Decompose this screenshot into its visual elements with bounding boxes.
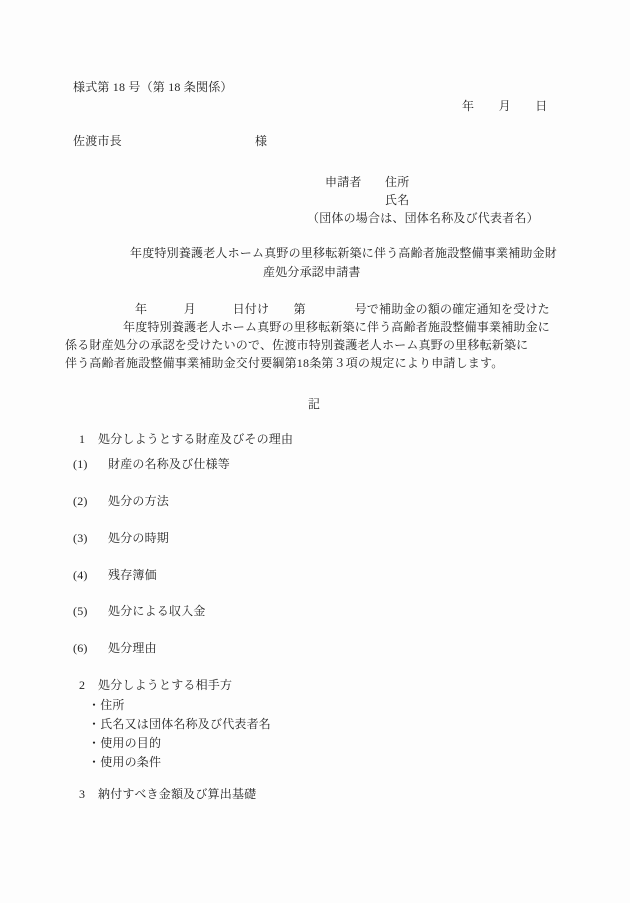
section-3-heading: 3納付すべき金額及び算出基礎 bbox=[79, 787, 256, 801]
applicant-name-label: 氏名 bbox=[385, 193, 409, 207]
section-3-title: 納付すべき金額及び算出基礎 bbox=[98, 787, 256, 801]
item-1-number: (1) bbox=[73, 457, 108, 471]
applicant-label: 申請者 bbox=[325, 175, 385, 189]
addressee-name: 佐渡市長 bbox=[73, 134, 255, 148]
section-1-item-4: (4)残存簿価 bbox=[73, 568, 157, 582]
item-4-number: (4) bbox=[73, 568, 108, 582]
section-2-bullet-3: ・使用の目的 bbox=[88, 736, 161, 750]
section-3-number: 3 bbox=[79, 787, 98, 801]
body-line-3: 係る財産処分の承認を受けたいので、佐渡市特別養護老人ホーム真野の里移転新築に bbox=[65, 338, 528, 352]
item-6-label: 処分理由 bbox=[108, 641, 157, 655]
applicant-line: 申請者住所 bbox=[325, 175, 409, 189]
section-2-number: 2 bbox=[79, 678, 98, 692]
section-1-heading: 1処分しようとする財産及びその理由 bbox=[79, 432, 293, 446]
section-1-item-2: (2)処分の方法 bbox=[73, 494, 169, 508]
document-title-line-2: 産処分承認申請書 bbox=[263, 265, 361, 279]
section-1-item-3: (3)処分の時期 bbox=[73, 531, 169, 545]
applicant-org-note: （団体の場合は、団体名称及び代表者名） bbox=[307, 211, 539, 225]
section-2-title: 処分しようとする相手方 bbox=[98, 678, 232, 692]
document-page: 様式第 18 号（第 18 条関係） 年 月 日 佐渡市長様 申請者住所 氏名 … bbox=[0, 0, 630, 903]
applicant-address-label: 住所 bbox=[385, 175, 409, 189]
section-2-bullet-2: ・氏名又は団体名称及び代表者名 bbox=[88, 717, 271, 731]
item-3-label: 処分の時期 bbox=[108, 531, 169, 545]
item-3-number: (3) bbox=[73, 531, 108, 545]
item-6-number: (6) bbox=[73, 641, 108, 655]
date-line: 年 月 日 bbox=[462, 99, 547, 113]
section-1-item-1: (1)財産の名称及び仕様等 bbox=[73, 457, 230, 471]
item-4-label: 残存簿価 bbox=[108, 568, 157, 582]
body-line-2: 年度特別養護老人ホーム真野の里移転新築に伴う高齢者施設整備事業補助金に bbox=[123, 320, 550, 334]
section-1-item-5: (5)処分による収入金 bbox=[73, 604, 206, 618]
body-line-1: 年 月 日付け 第 号で補助金の額の確定通知を受けた bbox=[135, 302, 550, 316]
section-2-heading: 2処分しようとする相手方 bbox=[79, 678, 232, 692]
item-5-label: 処分による収入金 bbox=[108, 604, 206, 618]
section-2-bullet-1: ・住所 bbox=[88, 698, 125, 712]
addressee-honorific: 様 bbox=[255, 134, 267, 148]
body-line-4: 伴う高齢者施設整備事業補助金交付要綱第18条第３項の規定により申請します。 bbox=[65, 356, 503, 370]
item-2-label: 処分の方法 bbox=[108, 494, 169, 508]
addressee-line: 佐渡市長様 bbox=[73, 134, 267, 148]
record-marker: 記 bbox=[308, 397, 320, 411]
item-1-label: 財産の名称及び仕様等 bbox=[108, 457, 230, 471]
item-2-number: (2) bbox=[73, 494, 108, 508]
document-title-line-1: 年度特別養護老人ホーム真野の里移転新築に伴う高齢者施設整備事業補助金財 bbox=[130, 246, 557, 260]
section-1-number: 1 bbox=[79, 432, 98, 446]
section-1-title: 処分しようとする財産及びその理由 bbox=[98, 432, 293, 446]
section-1-item-6: (6)処分理由 bbox=[73, 641, 157, 655]
item-5-number: (5) bbox=[73, 604, 108, 618]
form-number: 様式第 18 号（第 18 条関係） bbox=[73, 80, 233, 94]
section-2-bullet-4: ・使用の条件 bbox=[88, 755, 161, 769]
